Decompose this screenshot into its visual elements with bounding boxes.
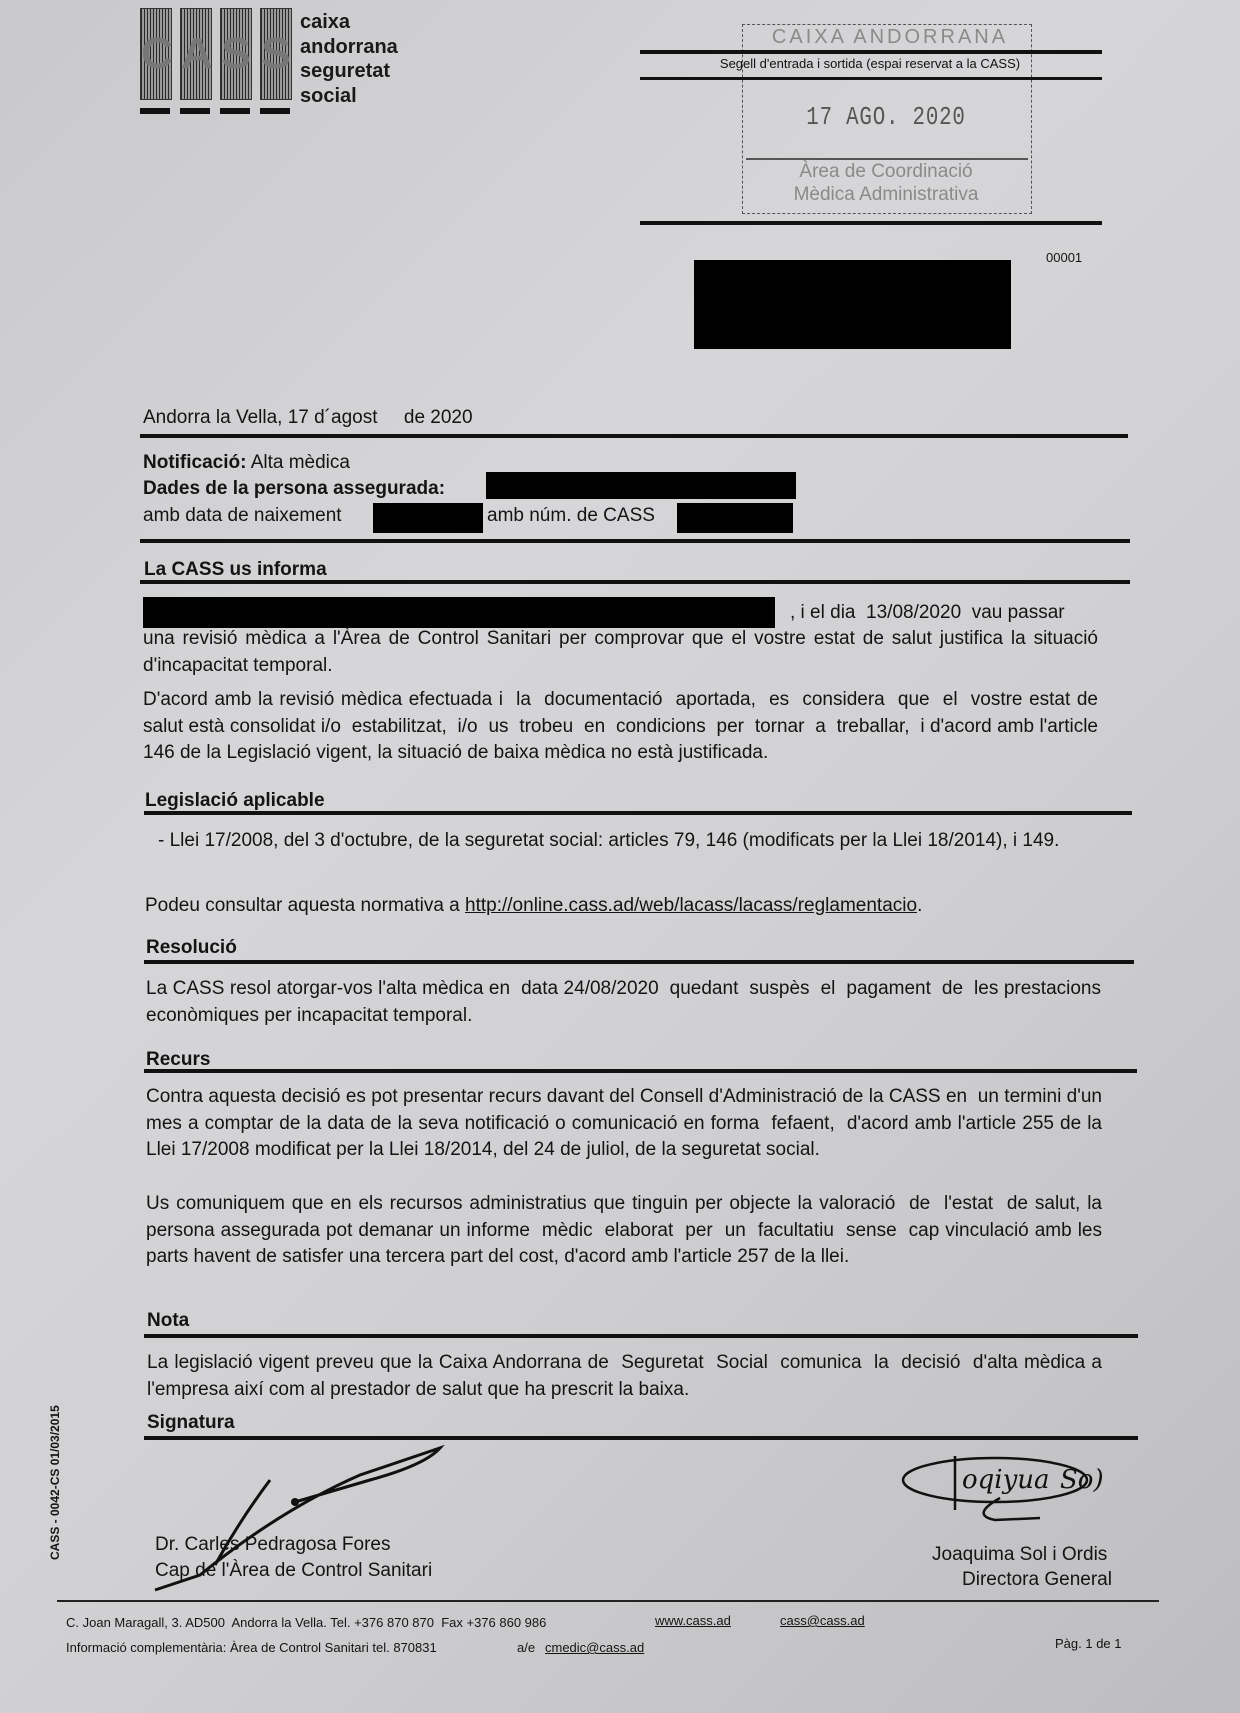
logo-bar [140,108,170,114]
logo-bar [220,108,250,114]
legislation-link[interactable]: http://online.cass.ad/web/lacass/lacass/… [465,895,917,916]
stamp-area-line: Mèdica Administrativa [742,183,1030,206]
insured-label: Dades de la persona assegurada: [143,476,445,503]
redacted-address [694,260,1011,349]
logo-letter: S [260,8,292,100]
logo-letter-glyph: S [221,29,251,79]
resolution-text: La CASS resol atorgar-vos l'alta mèdica … [146,976,1101,1029]
divider [144,1334,1138,1338]
footer-info: Informació complementària: Àrea de Contr… [66,1640,437,1655]
informa-p2: D'acord amb la revisió mèdica efectuada … [143,687,1098,767]
logo-word: social [300,84,398,109]
footer-info-email-prefix: a/e [517,1640,535,1655]
divider [140,539,1130,543]
note-text: La legislació vigent preveu que la Caixa… [147,1350,1102,1403]
stamp-date: 17 AGO. 2020 [771,102,1001,132]
svg-text:So): So) [1060,1465,1104,1495]
footer-website-link[interactable]: www.cass.ad [655,1613,731,1628]
consult-prefix: Podeu consultar aquesta normativa a [145,895,465,916]
logo-word: caixa [300,10,398,35]
divider [140,434,1128,438]
section-heading-nota: Nota [147,1310,189,1332]
consult-suffix: . [917,895,922,916]
divider [144,1069,1137,1073]
notification-label: Notificació: [143,452,246,473]
svg-text:oqiyua: oqiyua [962,1465,1050,1495]
stamp-rule-top [640,50,1102,54]
cass-logo: C A S S [140,8,280,108]
divider [144,811,1132,815]
stamp-title: CAIXA ANDORRANA [750,26,1030,49]
right-signatory-name: Joaquima Sol i Ordis [932,1542,1107,1569]
appeal-p1: Contra aquesta decisió es pot presentar … [146,1084,1102,1164]
footer-info-email-link[interactable]: cmedic@cass.ad [545,1640,644,1655]
divider [140,580,1130,584]
document-number: 00001 [1046,250,1082,265]
notification-value: Alta mèdica [251,452,350,473]
logo-word: andorrana [300,35,398,60]
logo-letter-glyph: A [181,29,211,79]
stamp-rule-mid [640,77,1102,80]
stamp-area: Àrea de Coordinació Mèdica Administrativ… [742,160,1030,206]
birth-label: amb data de naixement [143,503,342,530]
notification-line: Notificació: Alta mèdica [143,450,350,477]
signature-right: oqiyua So) [900,1450,1120,1540]
page-number: Pàg. 1 de 1 [1055,1636,1122,1651]
logo-letter: C [140,8,172,100]
footer-divider [57,1600,1159,1602]
logo-bar [260,108,290,114]
footer-email-link[interactable]: cass@cass.ad [780,1613,865,1628]
legislation-item: - Llei 17/2008, del 3 d'octubre, de la s… [158,828,1100,855]
section-heading-recurs: Recurs [146,1049,210,1071]
stamp-caption: Segell d'entrada i sortida (espai reserv… [640,56,1100,71]
redacted-cass-number [677,503,793,533]
logo-letter: S [220,8,252,100]
left-signatory-name: Dr. Carles Pedragosa Fores [155,1532,391,1559]
informa-p1: una revisió mèdica a l'Àrea de Control S… [143,626,1098,679]
logo-letter: A [180,8,212,100]
footer-address: C. Joan Maragall, 3. AD500 Andorra la Ve… [66,1615,546,1630]
right-signatory-title: Directora General [962,1567,1112,1594]
logo-letter-glyph: C [141,29,171,79]
redacted-insured-name [486,472,796,499]
logo-bar [180,108,210,114]
section-heading-signatura: Signatura [147,1412,235,1434]
section-heading-legislacio: Legislació aplicable [145,790,325,812]
place-date: Andorra la Vella, 17 d´agost de 2020 [143,405,473,432]
logo-word: seguretat [300,59,398,84]
form-code: CASS - 0042-CS 01/03/2015 [48,1360,62,1560]
redacted-birth-date [373,503,483,533]
logo-wordmark: caixa andorrana seguretat social [300,10,398,108]
section-heading-informa: La CASS us informa [144,559,327,581]
appeal-p2: Us comuniquem que en els recursos admini… [146,1191,1102,1271]
cass-number-label: amb núm. de CASS [487,503,655,530]
stamp-rule-bottom [640,221,1102,225]
section-heading-resolucio: Resolució [146,937,237,959]
logo-letter-glyph: S [261,29,291,79]
stamp-area-line: Àrea de Coordinació [742,160,1030,183]
left-signatory-title: Cap de l'Àrea de Control Sanitari [155,1558,432,1585]
divider [144,960,1134,964]
consult-line: Podeu consultar aquesta normativa a http… [145,893,922,920]
informa-p1-tail: , i el dia 13/08/2020 vau passar [790,600,1065,627]
redacted-intro [143,597,775,628]
